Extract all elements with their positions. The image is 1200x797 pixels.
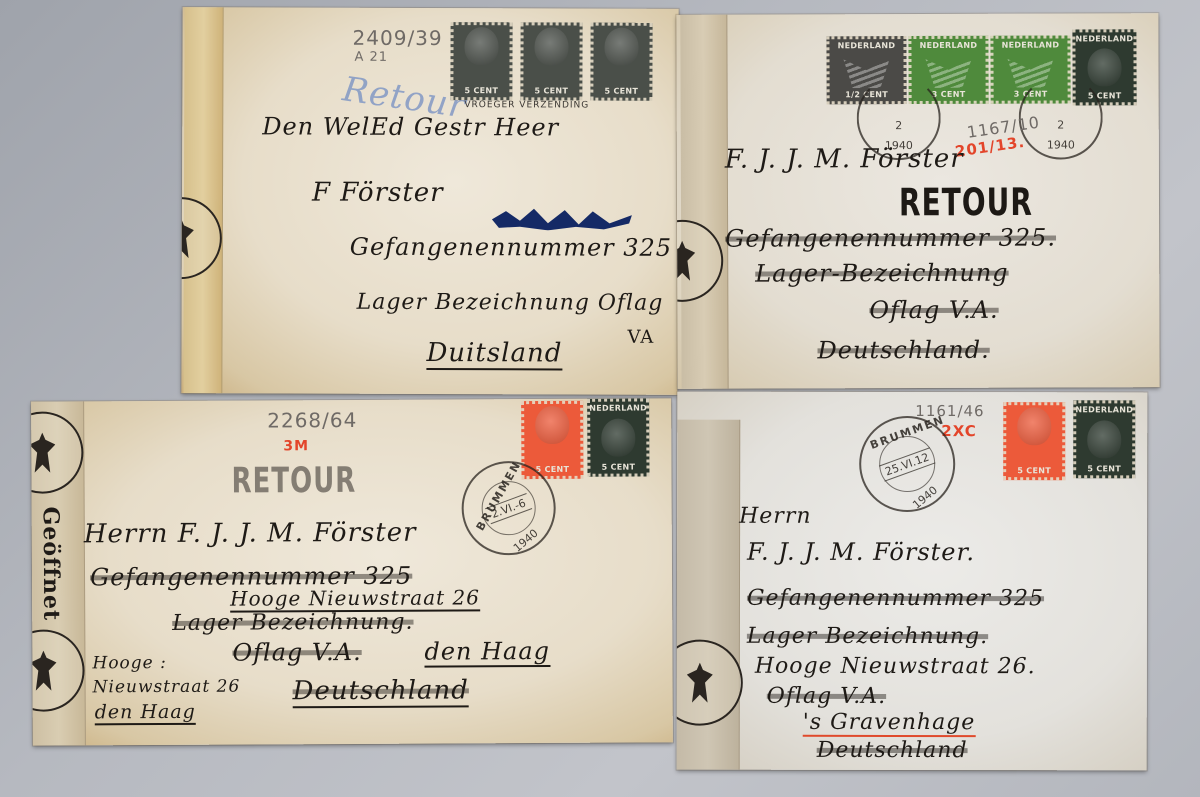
postmark: BRUMMEN 2.VI.-6 1940 (461, 461, 555, 555)
side-note-line: Nieuwstraat 26 (93, 677, 241, 698)
side-note-line: Hooge : (92, 653, 166, 673)
address-line: F Förster (312, 178, 444, 208)
reference-number: 2409/39 (353, 26, 443, 50)
scribble-redaction (492, 206, 632, 230)
address-line: Gefangenennummer 325. (725, 224, 1056, 253)
address-line: F. J. J. M. Förster (725, 144, 964, 175)
address-line: Herrn (739, 504, 811, 529)
address-line: VA (627, 327, 654, 348)
censor-tape: Geöffnet (31, 401, 86, 745)
postmark: BRUMMEN 25.VI.12 1940 (859, 416, 955, 512)
address-line: Gefangenennummer 325 (747, 586, 1044, 612)
eagle-icon (31, 651, 57, 691)
portrait-icon (1017, 407, 1051, 445)
reference-number: 2268/64 (267, 408, 357, 432)
censor-seal (676, 220, 723, 302)
address-line: Lager Bezeichnung Oflag (357, 290, 664, 316)
envelope-top-right: NEDERLAND 1/2 CENT NEDERLAND 3 CENT NEDE… (676, 13, 1159, 389)
address-line: Deutschland (817, 738, 968, 763)
stamp: NEDERLAND 5 CENT (1073, 400, 1135, 478)
cancel-slogan: VROEGER VERZENDING (464, 100, 589, 110)
eagle-icon (687, 663, 713, 703)
censor-seal (31, 411, 83, 493)
stamp: 5 CENT (520, 22, 582, 100)
address-line: Gefangenennummer 325 (350, 233, 672, 262)
portrait-icon (464, 27, 498, 65)
stamp: 5 CENT (450, 22, 512, 100)
address-line: Oflag V.A. (869, 296, 998, 324)
portrait-icon (604, 28, 638, 66)
stamp: 5 CENT (1003, 402, 1065, 480)
retour-stamp: RETOUR (899, 180, 1033, 225)
portrait-icon (1087, 420, 1121, 458)
portrait-icon (1087, 48, 1121, 86)
address-line: Duitsland (426, 338, 562, 370)
envelope-top-left: 2409/39 A 21 Retour 5 CENT 5 CENT 5 CENT… (181, 7, 678, 395)
address-line: Den WelEd Gestr Heer (262, 112, 559, 141)
address-line: 's Gravenhage (803, 710, 976, 737)
stamp: 5 CENT (590, 23, 652, 101)
address-line: Deutschland (293, 675, 469, 708)
address-line: Hooge Nieuwstraat 26. (755, 654, 1036, 679)
censor-seal (31, 629, 85, 711)
eagle-icon (31, 433, 55, 473)
red-mark: 3M (283, 438, 309, 454)
eagle-icon (181, 218, 194, 258)
address-line: Lager Bezeichnung. (172, 610, 413, 636)
censor-tape-label: Geöffnet (38, 507, 65, 622)
address-line: Oflag V.A. (232, 638, 361, 667)
censor-tape (183, 7, 223, 393)
address-line: Oflag V.A. (767, 684, 886, 709)
portrait-icon (534, 27, 568, 65)
address-line: Hooge Nieuwstraat 26 (230, 585, 480, 612)
portrait-icon (601, 419, 635, 457)
address-line: Lager-Bezeichnung (755, 259, 1008, 288)
red-mark: 201/13. (954, 133, 1026, 161)
address-line: Lager Bezeichnung. (747, 624, 988, 649)
envelope-bottom-right: 1161/46 2XC BRUMMEN 25.VI.12 1940 5 CENT… (677, 392, 1148, 771)
reference-sub: A 21 (354, 50, 388, 65)
stamp: NEDERLAND 5 CENT (587, 398, 649, 476)
censor-tape (677, 420, 741, 770)
address-line: Deutschland. (817, 336, 989, 365)
censor-seal (677, 640, 743, 726)
address-line: den Haag (424, 637, 550, 668)
portrait-icon (535, 406, 569, 444)
retour-stamp: RETOUR (231, 461, 356, 502)
envelope-bottom-left: Geöffnet 2268/64 3M RETOUR 5 CENT NEDERL… (31, 398, 673, 745)
side-note-line: den Haag (95, 701, 196, 726)
reference-number: 1161/46 (915, 402, 984, 420)
eagle-icon (676, 241, 695, 281)
censor-seal (181, 197, 222, 279)
censor-tape (680, 15, 728, 389)
address-line: Herrn F. J. J. M. Förster (84, 518, 417, 550)
address-line: F. J. J. M. Förster. (747, 538, 975, 566)
wings-icon (925, 52, 971, 88)
